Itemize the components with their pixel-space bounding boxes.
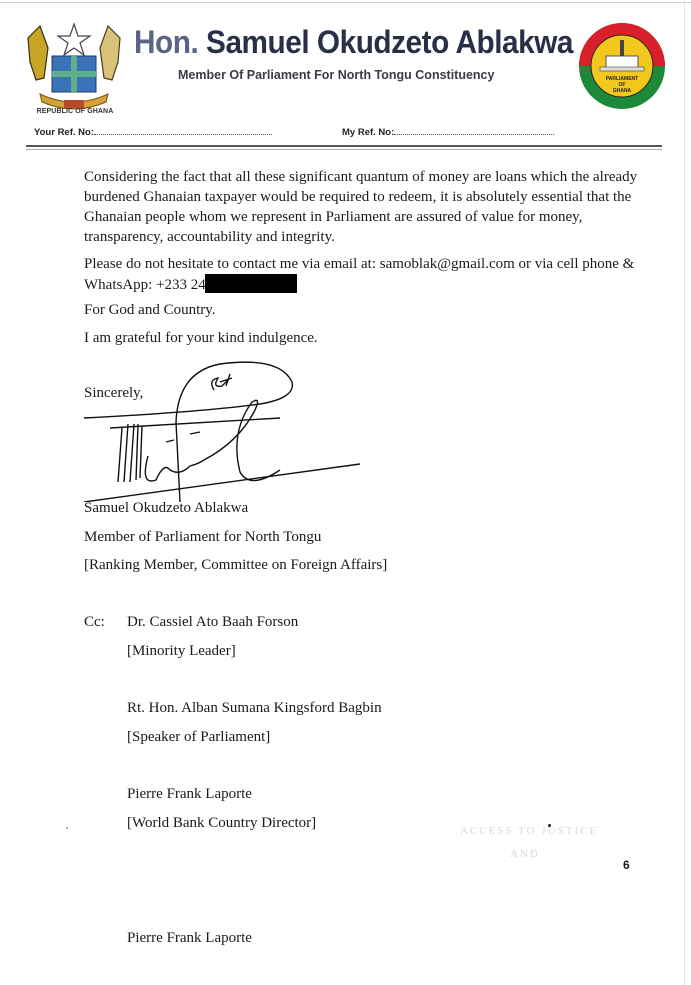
title-name: Samuel Okudzeto Ablakwa [206, 24, 573, 60]
paragraph-loans: Considering the fact that all these sign… [84, 167, 644, 247]
cc-recipient-name: Pierre Frank Laporte [127, 930, 252, 947]
handwritten-signature-icon [80, 352, 380, 502]
cc-recipient-role: [World Bank Country Director] [127, 815, 316, 832]
speck [66, 827, 68, 829]
letterhead-subtitle: Member Of Parliament For North Tongu Con… [178, 68, 494, 82]
paragraph-god-country: For God and Country. [84, 300, 644, 320]
page-right-edge [684, 0, 685, 985]
my-ref-field: My Ref. No: [342, 126, 554, 138]
paragraph-gratitude: I am grateful for your kind indulgence. [84, 328, 644, 348]
cc-recipient-name: Pierre Frank Laporte [127, 786, 252, 803]
cc-recipient-role: [Minority Leader] [127, 643, 236, 660]
signatory-title: [Ranking Member, Committee on Foreign Af… [84, 557, 387, 574]
paragraph-contact: Please do not hesitate to contact me via… [84, 254, 644, 295]
signatory-name: Samuel Okudzeto Ablakwa [84, 500, 248, 517]
letterhead-title: Hon. Samuel Okudzeto Ablakwa [134, 24, 573, 61]
speck [548, 824, 551, 827]
redacted-phone-block [205, 274, 297, 293]
crest-caption: REPUBLIC OF GHANA [20, 108, 130, 115]
cc-recipient-role: [Speaker of Parliament] [127, 729, 270, 746]
page-number: 6 [623, 858, 630, 872]
cc-label: Cc: [84, 614, 105, 631]
ghana-coat-of-arms-icon [18, 18, 130, 116]
signatory-role: Member of Parliament for North Tongu [84, 529, 321, 546]
cc-recipient-name: Dr. Cassiel Ato Baah Forson [127, 614, 298, 631]
cc-recipient-name: Rt. Hon. Alban Sumana Kingsford Bagbin [127, 700, 382, 717]
header-rule [26, 145, 662, 147]
parliament-of-ghana-seal-icon: PARLIAMENT OF GHANA [578, 22, 666, 110]
title-prefix: Hon. [134, 24, 198, 60]
faint-stamp-bleedthrough: ACCESS TO JUSTICE AND [440, 690, 640, 910]
header-rule-thin [26, 149, 662, 150]
your-ref-field: Your Ref. No: [34, 126, 272, 138]
page-top-edge [0, 2, 691, 3]
svg-text:GHANA: GHANA [613, 88, 632, 94]
